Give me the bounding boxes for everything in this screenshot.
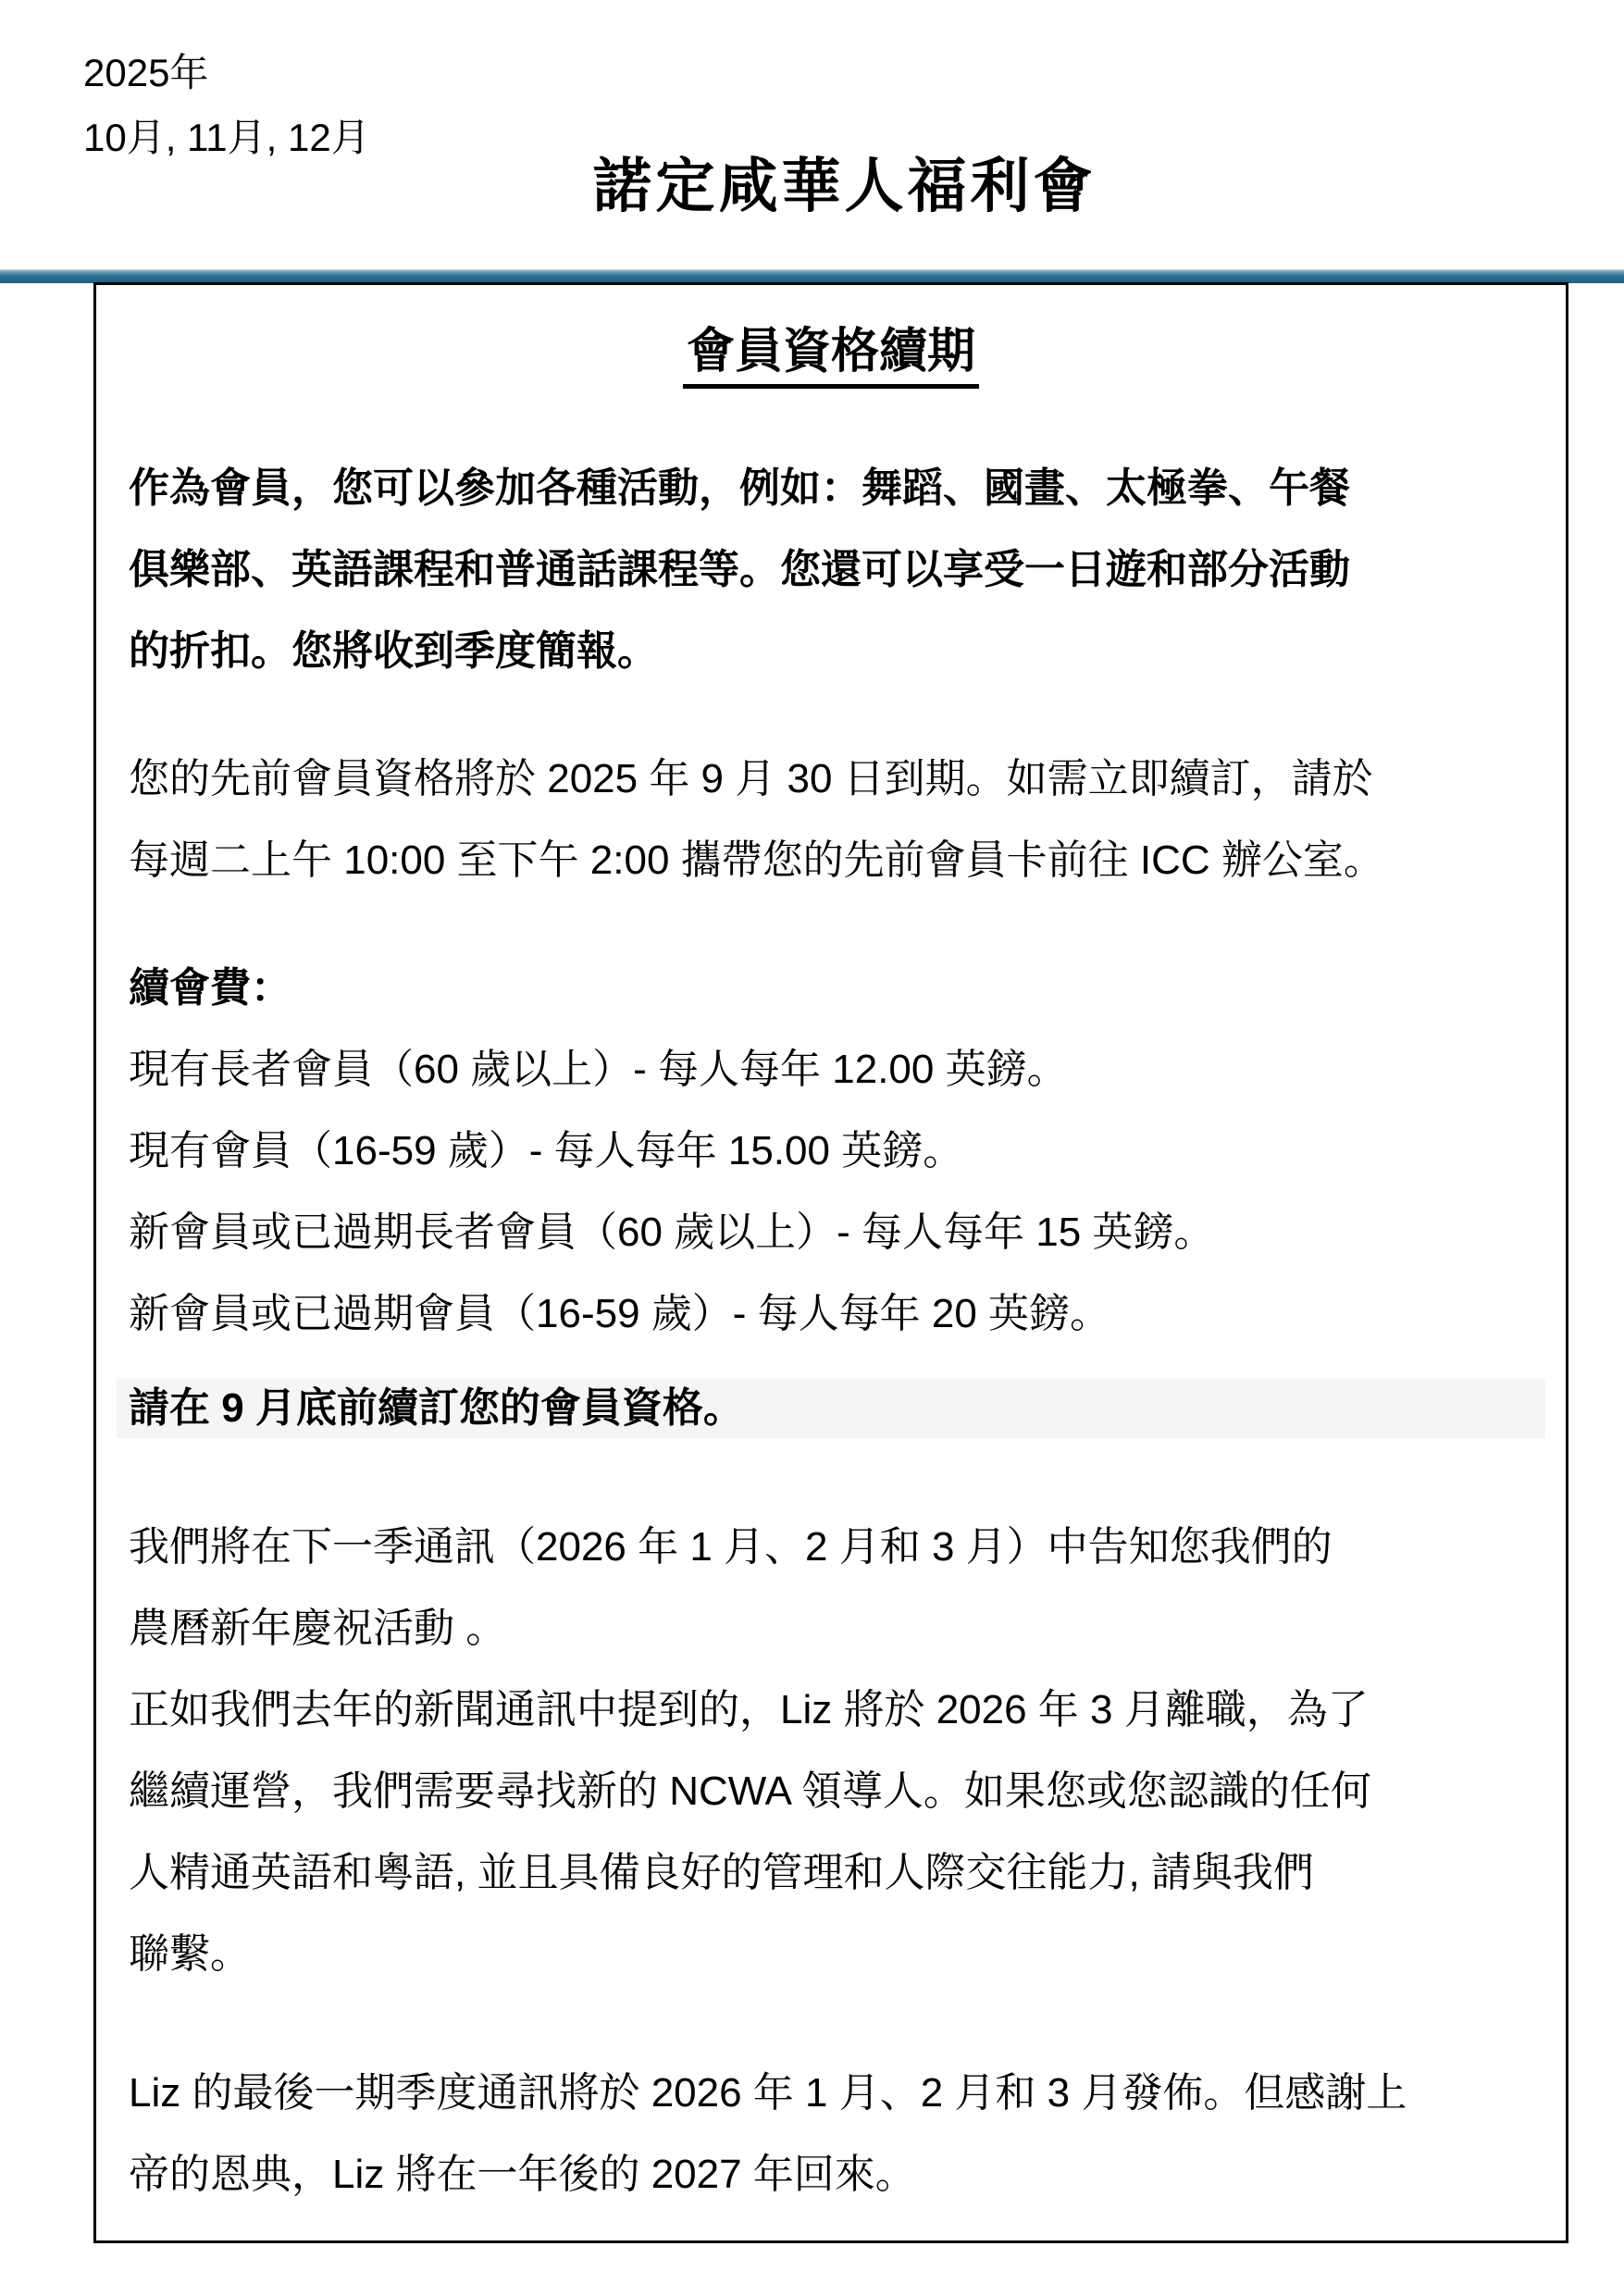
- expiry-paragraph: 您的先前會員資格將於 2025 年 9 月 30 日到期。如需立即續訂，請於 每…: [117, 738, 1545, 901]
- fees-heading: 續會費：: [117, 948, 1545, 1029]
- leader-search-paragraph: 正如我們去年的新聞通訊中提到的，Liz 將於 2026 年 3 月離職，為了 繼…: [117, 1669, 1545, 1995]
- newsletter-paragraph: 我們將在下一季通訊（2026 年 1 月、2 月和 3 月）中告知您我們的 農曆…: [117, 1507, 1545, 1669]
- intro-paragraph: 作為會員，您可以參加各種活動，例如：舞蹈、國畫、太極拳、午餐 俱樂部、英語課程和…: [117, 448, 1545, 692]
- page-title: 諾定咸華人福利會: [65, 139, 1624, 224]
- header-divider-bar: [0, 269, 1624, 283]
- deadline-highlight: 請在 9 月底前續訂您的會員資格。: [117, 1379, 1545, 1438]
- liz-return-paragraph: Liz 的最後一期季度通訊將於 2026 年 1 月、2 月和 3 月發佈。但感…: [117, 2053, 1545, 2215]
- fees-list: 現有長者會員（60 歲以上）- 每人每年 12.00 英鎊。 現有會員（16-5…: [117, 1029, 1545, 1355]
- notice-title-text: 會員資格續期: [683, 325, 979, 389]
- notice-title: 會員資格續期: [117, 322, 1545, 392]
- membership-notice-box: 會員資格續期 作為會員，您可以參加各種活動，例如：舞蹈、國畫、太極拳、午餐 俱樂…: [93, 282, 1568, 2243]
